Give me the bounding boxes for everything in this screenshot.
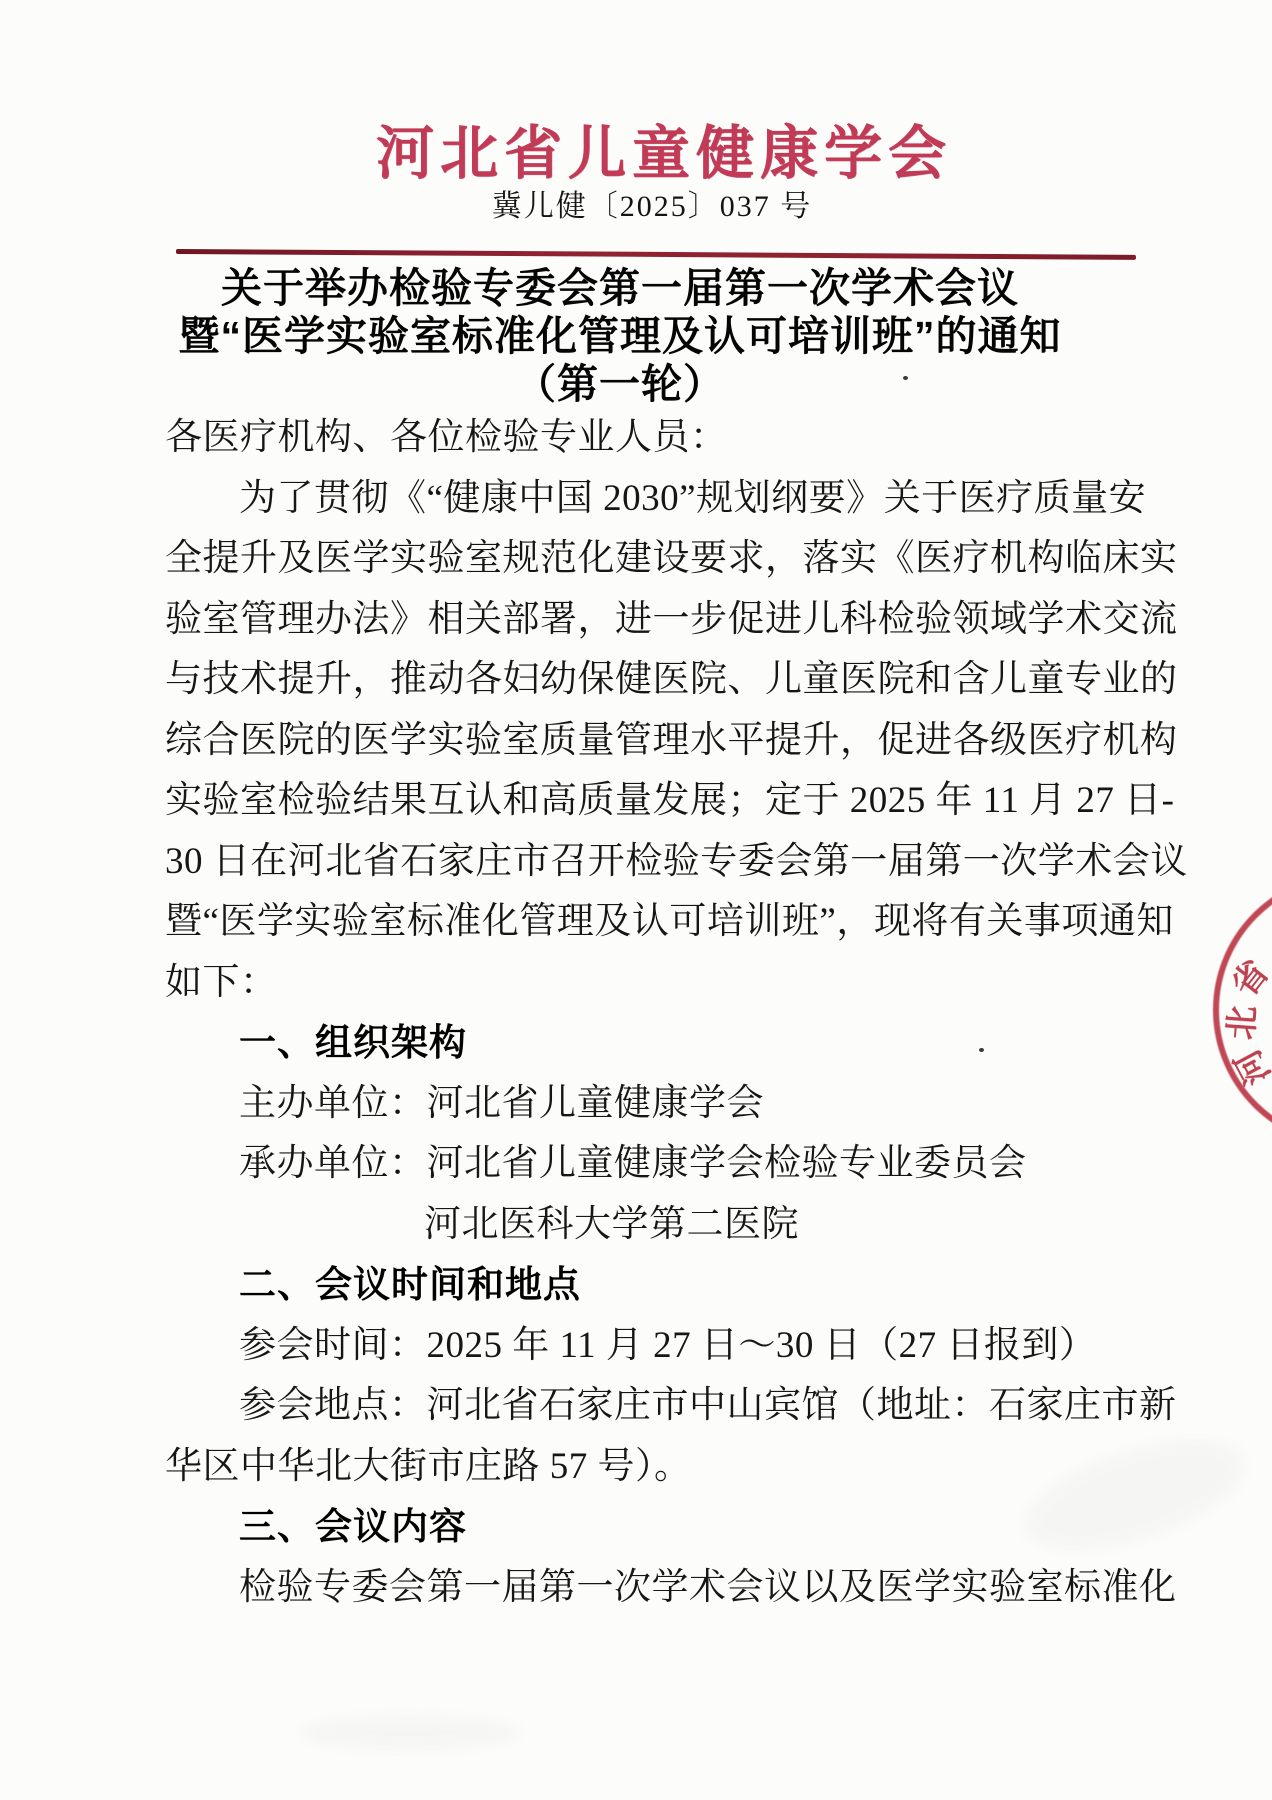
body-line: 为了贯彻《“健康中国 2030”规划纲要》关于医疗质量安: [165, 469, 1150, 530]
scan-speck: [979, 1048, 984, 1052]
body-text: 各医疗机构、各位检验专业人员：为了贯彻《“健康中国 2030”规划纲要》关于医疗…: [165, 408, 1150, 1618]
section-heading: 三、会议内容: [165, 1497, 1150, 1558]
body-line: 如下：: [165, 953, 1150, 1014]
body-line: 华区中华北大街市庄路 57 号）。: [165, 1437, 1150, 1498]
doc-title-line: 暨“医学实验室标准化管理及认可培训班”的通知: [150, 312, 1090, 360]
body-line: 暨“医学实验室标准化管理及认可培训班”，现将有关事项通知: [165, 892, 1150, 953]
seal-arc-char: 北: [1213, 1004, 1264, 1041]
doc-title: 关于举办检验专委会第一届第一次学术会议暨“医学实验室标准化管理及认可培训班”的通…: [150, 264, 1090, 408]
body-line: 承办单位：河北省儿童健康学会检验专业委员会: [165, 1134, 1150, 1195]
scan-smudge: [300, 1715, 520, 1751]
body-line: 30 日在河北省石家庄市召开检验专委会第一届第一次学术会议: [165, 832, 1150, 893]
body-line: 参会地点：河北省石家庄市中山宾馆（地址：石家庄市新: [165, 1376, 1150, 1437]
doc-number: 冀儿健〔2025〕037 号: [16, 181, 1272, 225]
letterhead-org-title: 河北省儿童健康学会: [28, 106, 1272, 190]
document-page: 河北省儿童健康学会 冀儿健〔2025〕037 号 关于举办检验专委会第一届第一次…: [0, 0, 1272, 1800]
body-line: 全提升及医学实验室规范化建设要求，落实《医疗机构临床实: [165, 529, 1150, 590]
body-line: 主办单位：河北省儿童健康学会: [165, 1074, 1150, 1135]
body-line: 检验专委会第一届第一次学术会议以及医学实验室标准化: [165, 1558, 1150, 1619]
body-line: 河北医科大学第二医院: [165, 1195, 1150, 1256]
doc-title-line: （第一轮）: [150, 360, 1090, 408]
letterhead-rule: [176, 249, 1136, 260]
body-line: 实验室检验结果互认和高质量发展；定于 2025 年 11 月 27 日-: [165, 771, 1150, 832]
body-line: 验室管理办法》相关部署，进一步促进儿科检验领域学术交流: [165, 590, 1150, 651]
scan-speck: [903, 376, 908, 380]
doc-title-line: 关于举办检验专委会第一届第一次学术会议: [150, 264, 1090, 312]
body-line: 综合医院的医学实验室质量管理水平提升，促进各级医疗机构: [165, 711, 1150, 772]
section-heading: 一、组织架构: [165, 1013, 1150, 1074]
body-line: 参会时间：2025 年 11 月 27 日～30 日（27 日报到）: [165, 1316, 1150, 1377]
body-line: 与技术提升，推动各妇幼保健医院、儿童医院和含儿童专业的: [165, 650, 1150, 711]
body-line: 各医疗机构、各位检验专业人员：: [165, 408, 1150, 469]
section-heading: 二、会议时间和地点: [165, 1255, 1150, 1316]
